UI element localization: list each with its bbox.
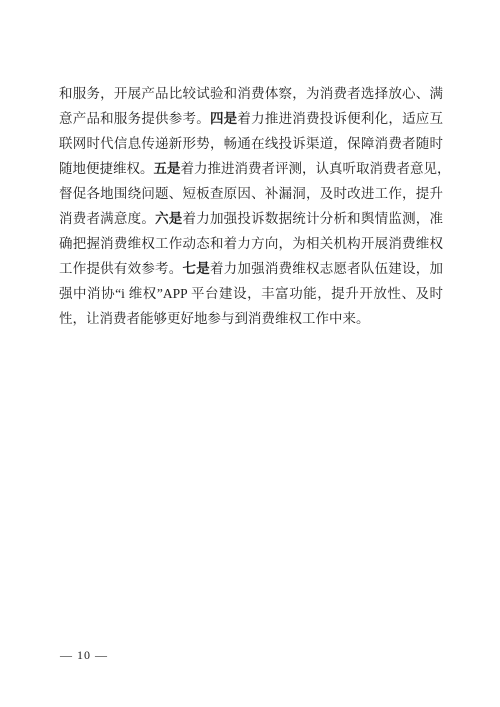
text-line: 随地便捷维权。五是着力推进消费者评测，认真听取消费者意见，	[59, 156, 443, 181]
page-number: — 10 —	[60, 648, 108, 663]
text-line: 督促各地围绕问题、短板查原因、补漏洞，及时改进工作，提升	[59, 181, 443, 206]
text-segment: 着力推进消费投诉便利化，适应互	[237, 111, 443, 126]
text-segment: 着力推进消费者评测，认真听取消费者意见，	[181, 161, 451, 176]
text-line: 消费者满意度。六是着力加强投诉数据统计分析和舆情监测，准	[59, 206, 443, 231]
body-paragraph: 和服务，开展产品比较试验和消费体察，为消费者选择放心、满 意产品和服务提供参考。…	[59, 81, 443, 331]
text-segment: 着力加强投诉数据统计分析和舆情监测，准	[183, 211, 444, 226]
text-segment: 意产品和服务提供参考。	[59, 111, 210, 126]
text-line: 工作提供有效参考。七是着力加强消费维权志愿者队伍建设，加	[59, 256, 443, 281]
bold-text-segment: 五是	[154, 161, 181, 176]
text-line: 和服务，开展产品比较试验和消费体察，为消费者选择放心、满	[59, 81, 443, 106]
text-line: 意产品和服务提供参考。四是着力推进消费投诉便利化，适应互	[59, 106, 443, 131]
text-segment: 随地便捷维权。	[59, 161, 154, 176]
text-segment: 确把握消费维权工作动态和着力方向，为相关机构开展消费维权	[59, 236, 443, 251]
text-segment: 工作提供有效参考。	[59, 261, 183, 276]
text-segment: 督促各地围绕问题、短板查原因、补漏洞，及时改进工作，提升	[59, 186, 443, 201]
text-segment: 着力加强消费维权志愿者队伍建设，加	[210, 261, 443, 276]
text-line: 确把握消费维权工作动态和着力方向，为相关机构开展消费维权	[59, 231, 443, 256]
text-segment: 消费者满意度。	[59, 211, 155, 226]
text-segment: 性，让消费者能够更好地参与到消费维权工作中来。	[59, 311, 370, 326]
text-segment: 联网时代信息传递新形势，畅通在线投诉渠道，保障消费者随时	[59, 136, 443, 151]
text-segment: 强中消协“i 维权”APP 平台建设，丰富功能，提升开放性、及时	[59, 286, 443, 301]
bold-text-segment: 四是	[210, 111, 237, 126]
text-segment: 和服务，开展产品比较试验和消费体察，为消费者选择放心、满	[59, 86, 443, 101]
bold-text-segment: 六是	[155, 211, 182, 226]
text-line: 强中消协“i 维权”APP 平台建设，丰富功能，提升开放性、及时	[59, 281, 443, 306]
page-footer: — 10 —	[60, 645, 108, 665]
bold-text-segment: 七是	[183, 261, 210, 276]
document-page: 和服务，开展产品比较试验和消费体察，为消费者选择放心、满 意产品和服务提供参考。…	[0, 0, 500, 707]
text-line: 联网时代信息传递新形势，畅通在线投诉渠道，保障消费者随时	[59, 131, 443, 156]
text-line: 性，让消费者能够更好地参与到消费维权工作中来。	[59, 306, 443, 331]
